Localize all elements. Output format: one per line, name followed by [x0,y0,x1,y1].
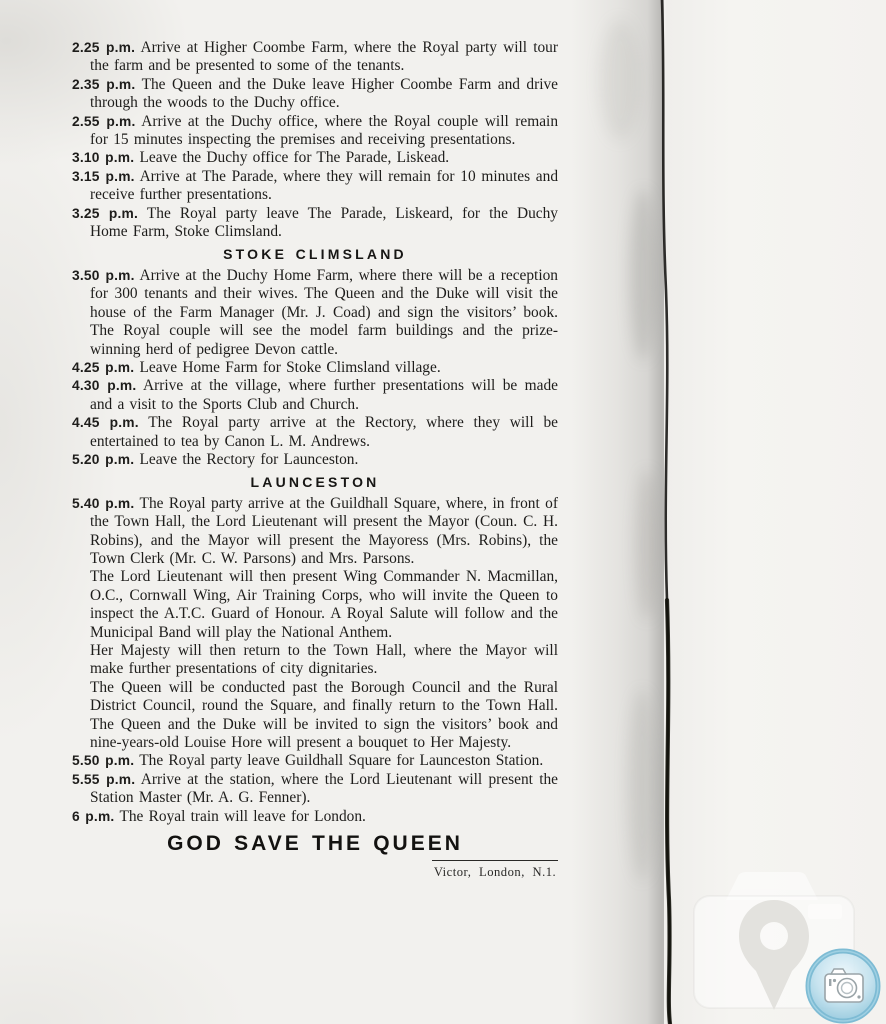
camera-badge-button[interactable] [805,948,881,1024]
camera-badge-icon [805,948,881,1024]
scanned-page: 2.25 p.m. Arrive at Higher Coombe Farm, … [0,0,886,1024]
